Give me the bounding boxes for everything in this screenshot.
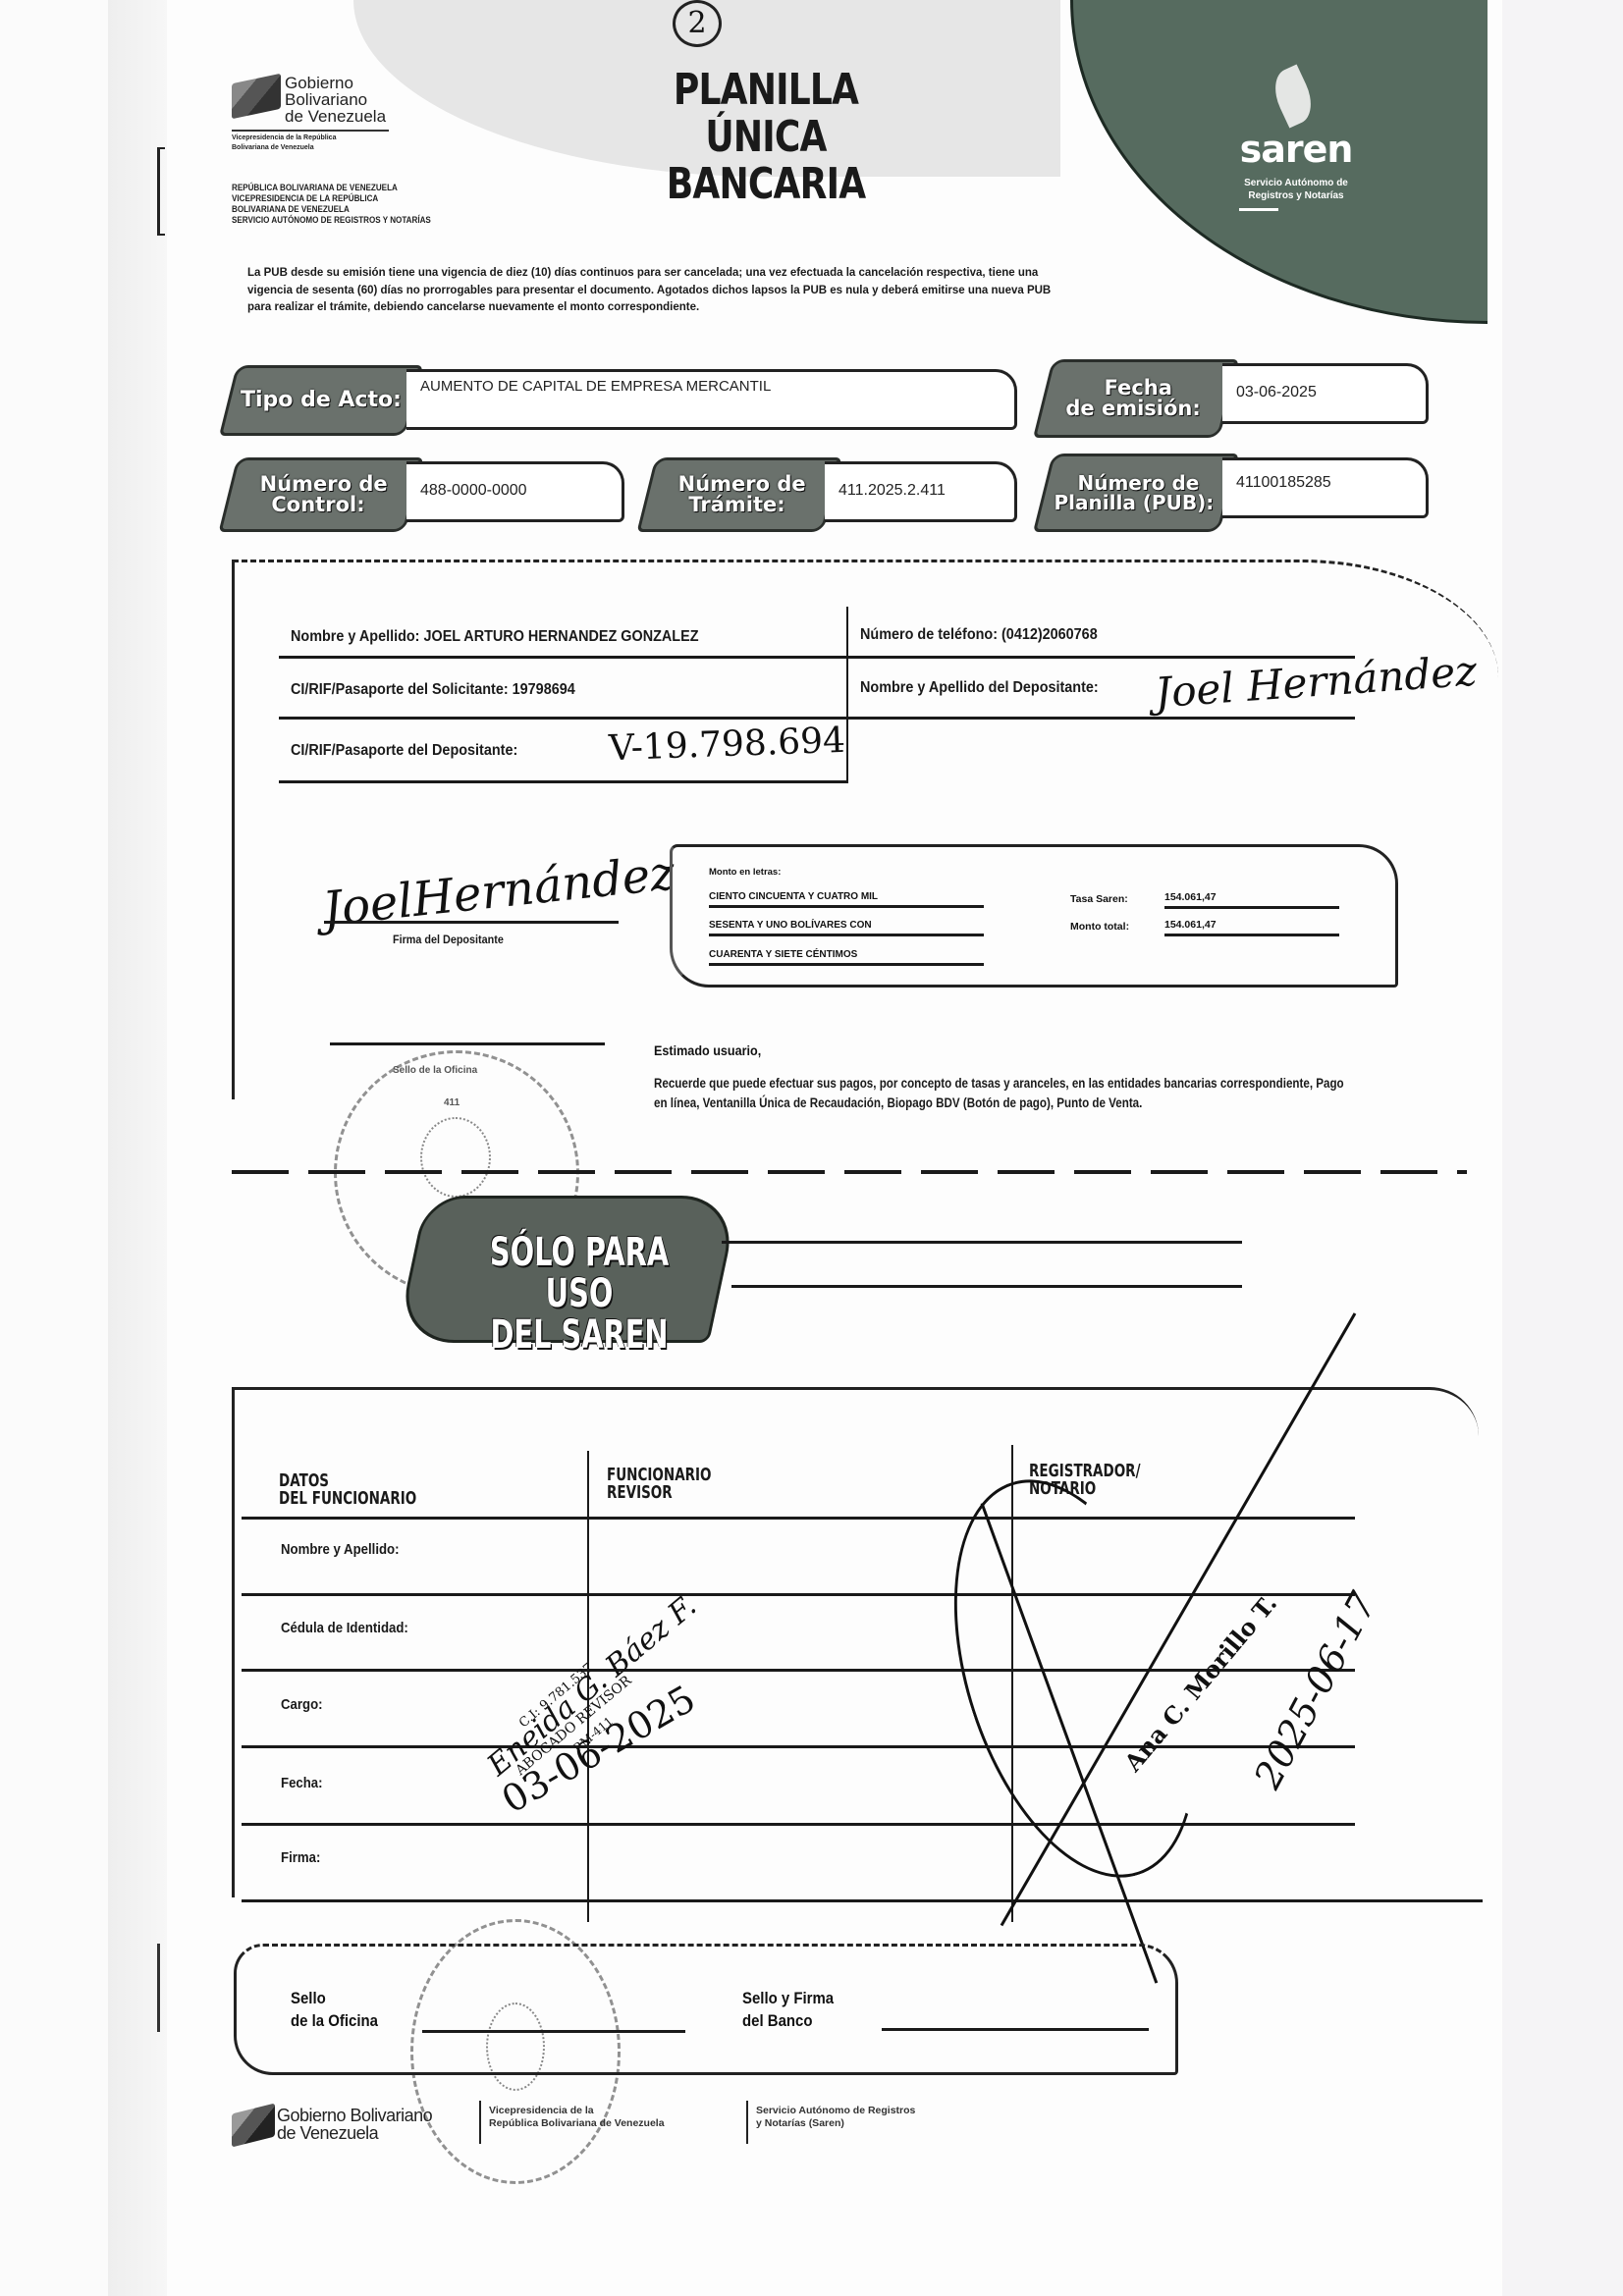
monto-total-label: Monto total: bbox=[1070, 921, 1129, 933]
nombre-field: Nombre y Apellido: JOEL ARTURO HERNANDEZ… bbox=[291, 628, 699, 646]
saren-logo-underline bbox=[1239, 208, 1278, 211]
validity-notice: La PUB desde su emisión tiene una vigenc… bbox=[247, 265, 1072, 317]
amount-box bbox=[670, 844, 1398, 988]
table-row-line bbox=[242, 1669, 1355, 1672]
ci-depositante-handwritten: V-19.798.694 bbox=[608, 721, 845, 769]
col-header-line: DEL FUNCIONARIO bbox=[279, 1490, 416, 1508]
footer-saren: Servicio Autónomo de Registros y Notaría… bbox=[746, 2101, 915, 2144]
fecha-emision-tag: Fecha de emisión: bbox=[1033, 359, 1239, 438]
banner-line2: DEL SAREN bbox=[487, 1314, 671, 1356]
monto-total-value: 154.061,47 bbox=[1164, 919, 1339, 936]
gov-logo-divider bbox=[232, 130, 389, 132]
fecha-emision-value: 03-06-2025 bbox=[1236, 384, 1426, 401]
tipo-acto-label: Tipo de Acto: bbox=[241, 390, 402, 411]
nombre-label: Nombre y Apellido: bbox=[291, 628, 419, 645]
institution-line: BOLIVARIANA DE VENEZUELA bbox=[232, 204, 431, 215]
footer-vice-line2: República Bolivariana de Venezuela bbox=[489, 2117, 665, 2130]
page-title: PLANILLA ÚNICA BANCARIA bbox=[621, 67, 910, 208]
gov-logo-sub: Vicepresidencia de la República Bolivari… bbox=[232, 133, 336, 153]
gov-logo-line1: Gobierno bbox=[285, 75, 386, 91]
row-line bbox=[279, 717, 1355, 720]
tipo-acto-value: AUMENTO DE CAPITAL DE EMPRESA MERCANTIL bbox=[420, 378, 1014, 395]
saren-logo-word: saren bbox=[1232, 128, 1360, 171]
numero-planilla-value: 41100185285 bbox=[1236, 474, 1426, 492]
office-stamp-top-label: Sello de la Oficina bbox=[393, 1065, 477, 1076]
fecha-emision-field: 03-06-2025 bbox=[1222, 363, 1429, 424]
table-row-line bbox=[242, 1593, 1355, 1596]
row-firma: Firma: bbox=[281, 1849, 320, 1866]
gov-logo-text: Gobierno Bolivariano de Venezuela bbox=[285, 75, 386, 125]
footer-vice-line1: Vicepresidencia de la bbox=[489, 2105, 665, 2117]
numero-control-field: 488-0000-0000 bbox=[406, 461, 624, 522]
office-stamp-top-number: 411 bbox=[444, 1097, 460, 1108]
numero-planilla-tag: Número de Planilla (PUB): bbox=[1033, 454, 1239, 532]
institution-line: VICEPRESIDENCIA DE LA REPÚBLICA bbox=[232, 193, 431, 204]
ci-depositante-field: CI/RIF/Pasaporte del Depositante: bbox=[291, 742, 517, 760]
telefono-field: Número de teléfono: (0412)2060768 bbox=[860, 626, 1098, 644]
saren-sub-line2: Registros y Notarías bbox=[1232, 189, 1360, 202]
saren-logo-subtitle: Servicio Autónomo de Registros y Notaría… bbox=[1232, 177, 1360, 202]
margin-bracket-mark bbox=[157, 147, 165, 236]
monto-letras-line: CUARENTA Y SIETE CÉNTIMOS bbox=[709, 949, 984, 966]
telefono-value: (0412)2060768 bbox=[1001, 626, 1098, 643]
numero-tramite-value: 411.2025.2.411 bbox=[839, 482, 1014, 500]
row-cargo: Cargo: bbox=[281, 1696, 323, 1713]
monto-letras-line: SESENTA Y UNO BOLÍVARES CON bbox=[709, 920, 984, 936]
numero-control-label-2: Control: bbox=[272, 495, 365, 515]
ci-solicitante-value: 19798694 bbox=[513, 681, 575, 698]
message-greeting: Estimado usuario, bbox=[654, 1042, 761, 1058]
firma-line bbox=[324, 921, 619, 924]
numero-control-value: 488-0000-0000 bbox=[420, 482, 622, 500]
margin-bracket-mark-bottom bbox=[157, 1944, 163, 2032]
monto-letras-line: CIENTO CINCUENTA Y CUATRO MIL bbox=[709, 891, 984, 908]
fecha-emision-label-1: Fecha bbox=[1105, 378, 1172, 399]
sello-oficina-label: Sello de la Oficina bbox=[291, 1987, 378, 2032]
ci-solicitante-field: CI/RIF/Pasaporte del Solicitante: 197986… bbox=[291, 681, 575, 699]
saren-sub-line1: Servicio Autónomo de bbox=[1232, 177, 1360, 189]
tipo-acto-field: AUMENTO DE CAPITAL DE EMPRESA MERCANTIL bbox=[406, 369, 1017, 430]
numero-planilla-label-1: Número de bbox=[1078, 473, 1200, 493]
telefono-label: Número de teléfono: bbox=[860, 626, 998, 643]
numero-control-label-1: Número de bbox=[260, 474, 388, 495]
row-cedula: Cédula de Identidad: bbox=[281, 1620, 408, 1636]
sello-oficina-line2: de la Oficina bbox=[291, 2009, 378, 2032]
row-line bbox=[279, 656, 1355, 659]
tasa-saren-value: 154.061,47 bbox=[1164, 891, 1339, 909]
nombre-depositante-label: Nombre y Apellido del Depositante: bbox=[860, 679, 1099, 696]
col-header-line: REVISOR bbox=[607, 1484, 712, 1502]
table-row-line bbox=[242, 1517, 1355, 1520]
footer-gov-logo: Gobierno Bolivariano de Venezuela bbox=[277, 2107, 432, 2142]
gov-logo-line3: de Venezuela bbox=[285, 108, 386, 125]
ci-depositante-label: CI/RIF/Pasaporte del Depositante: bbox=[291, 742, 517, 759]
row-nombre: Nombre y Apellido: bbox=[281, 1541, 400, 1558]
table-row-line bbox=[242, 1899, 1483, 1902]
row-fecha: Fecha: bbox=[281, 1775, 323, 1791]
saren-use-table-frame bbox=[232, 1387, 1479, 1897]
tasa-saren-label: Tasa Saren: bbox=[1070, 893, 1128, 905]
banner-line-right bbox=[731, 1285, 1242, 1288]
office-stamp-top-emblem bbox=[420, 1117, 491, 1198]
numero-tramite-tag: Número de Trámite: bbox=[637, 457, 842, 532]
gov-logo-sub1: Vicepresidencia de la República bbox=[232, 133, 336, 143]
sello-banco-line1: Sello y Firma bbox=[742, 1987, 834, 2009]
gov-logo-sub2: Bolivariana de Venezuela bbox=[232, 143, 336, 153]
institution-line: SERVICIO AUTÓNOMO DE REGISTROS Y NOTARÍA… bbox=[232, 215, 431, 226]
numero-tramite-label-1: Número de bbox=[678, 474, 806, 495]
handwritten-page-number: 2 bbox=[673, 0, 722, 47]
banner-line1: SÓLO PARA USO bbox=[487, 1232, 671, 1314]
nombre-value: JOEL ARTURO HERNANDEZ GONZALEZ bbox=[423, 628, 698, 645]
numero-planilla-field: 41100185285 bbox=[1222, 457, 1429, 518]
nombre-depositante-field: Nombre y Apellido del Depositante: bbox=[860, 679, 1099, 697]
footer-saren-line2: y Notarías (Saren) bbox=[756, 2117, 915, 2130]
footer-vicepresidencia: Vicepresidencia de la República Bolivari… bbox=[479, 2101, 665, 2144]
sello-banco-line2: del Banco bbox=[742, 2009, 834, 2032]
message-body: Recuerde que puede efectuar sus pagos, p… bbox=[654, 1074, 1346, 1113]
institution-line: REPÚBLICA BOLIVARIANA DE VENEZUELA bbox=[232, 183, 431, 193]
gov-logo-line2: Bolivariano bbox=[285, 91, 386, 108]
footer-gov-line2: de Venezuela bbox=[277, 2124, 432, 2142]
banner-line-right bbox=[722, 1241, 1242, 1244]
sello-oficina-line1: Sello bbox=[291, 1987, 378, 2009]
row-line bbox=[279, 780, 846, 783]
sello-oficina-line bbox=[422, 2030, 685, 2033]
applicant-column-divider bbox=[846, 607, 848, 783]
paper-edge-right bbox=[1502, 0, 1623, 2296]
table-row-line bbox=[242, 1823, 1355, 1826]
monto-letras-label: Monto en letras: bbox=[709, 867, 781, 878]
institution-block: REPÚBLICA BOLIVARIANA DE VENEZUELA VICEP… bbox=[232, 183, 431, 226]
ci-solicitante-label: CI/RIF/Pasaporte del Solicitante: bbox=[291, 681, 509, 698]
col-header-datos: DATOS DEL FUNCIONARIO bbox=[279, 1472, 416, 1508]
cut-line bbox=[232, 1170, 1467, 1174]
numero-planilla-label-2: Planilla (PUB): bbox=[1054, 493, 1214, 512]
sello-banco-label: Sello y Firma del Banco bbox=[742, 1987, 834, 2032]
numero-control-tag: Número de Control: bbox=[219, 457, 424, 532]
footer-saren-line1: Servicio Autónomo de Registros bbox=[756, 2105, 915, 2117]
numero-tramite-label-2: Trámite: bbox=[688, 495, 784, 515]
firma-depositante-label: Firma del Depositante bbox=[393, 933, 504, 946]
numero-tramite-field: 411.2025.2.411 bbox=[825, 461, 1017, 522]
footer-gov-line1: Gobierno Bolivariano bbox=[277, 2107, 432, 2124]
fecha-emision-label-2: de emisión: bbox=[1066, 399, 1201, 419]
col-header-revisor: FUNCIONARIO REVISOR bbox=[607, 1467, 712, 1502]
saren-use-banner-text: SÓLO PARA USO DEL SAREN bbox=[487, 1232, 671, 1356]
tipo-acto-tag: Tipo de Acto: bbox=[219, 365, 423, 436]
sello-banco-line bbox=[882, 2028, 1149, 2031]
title-line1: PLANILLA ÚNICA bbox=[621, 67, 910, 161]
sello-line-top bbox=[330, 1042, 605, 1045]
title-line2: BANCARIA bbox=[621, 161, 910, 208]
